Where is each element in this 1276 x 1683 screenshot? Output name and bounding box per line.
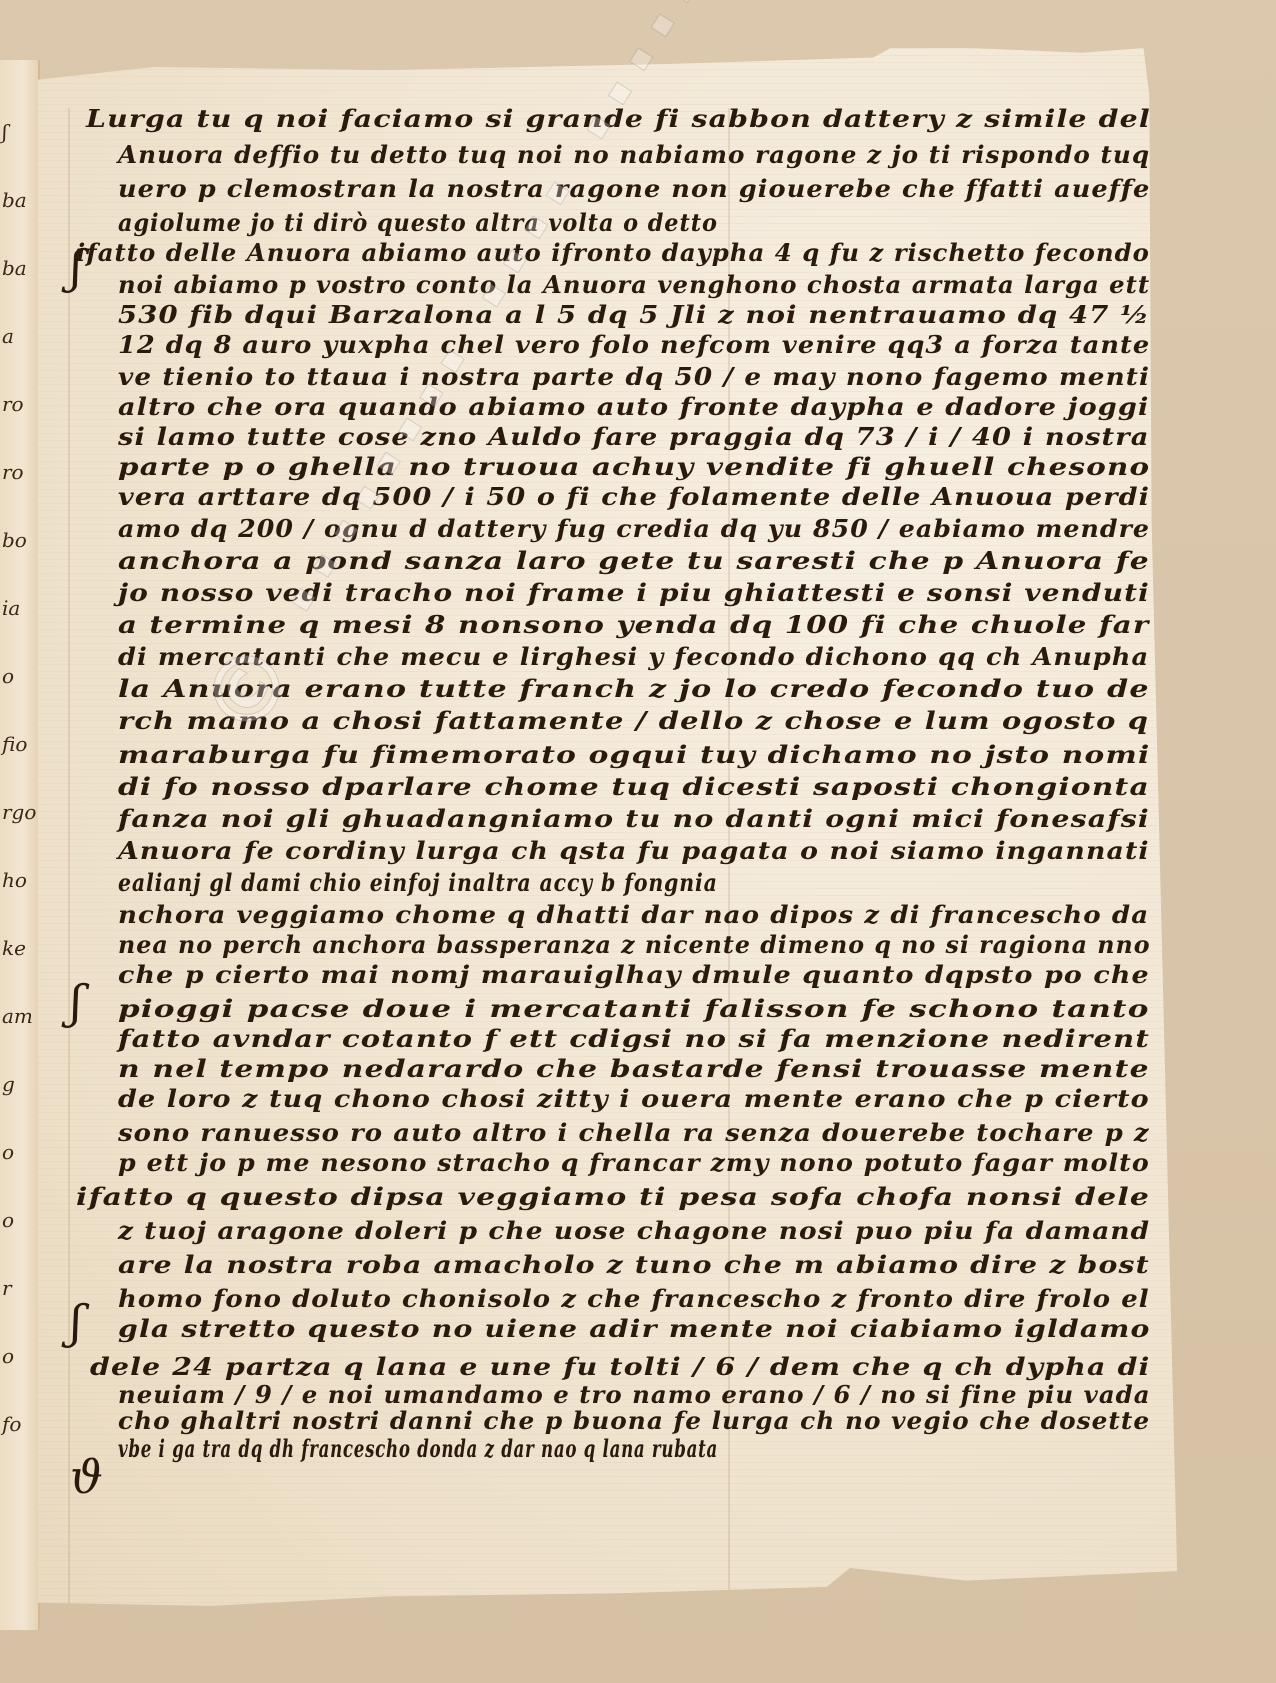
left-page-text-fragment: ʃ bbox=[2, 120, 7, 144]
left-page-text-fragment: fio bbox=[2, 732, 27, 756]
manuscript-line: anchora a pond sanza laro gete tu sarest… bbox=[118, 546, 1150, 575]
manuscript-line: amo dq 200 / ognu d dattery fug credia d… bbox=[118, 514, 1150, 543]
left-page-text-fragment: rgo bbox=[2, 800, 36, 824]
margin-paragraph-mark: ʃ bbox=[70, 1295, 83, 1349]
left-page-text-fragment: ba bbox=[2, 188, 27, 212]
left-page-text-fragment: bo bbox=[2, 528, 27, 552]
manuscript-line: fanza noi gli ghuadangniamo tu no danti … bbox=[118, 804, 1150, 833]
manuscript-line: fatto avndar cotanto f ett cdigsi no si … bbox=[118, 1024, 1150, 1053]
manuscript-line: vbe i ga tra dq dh francescho donda z da… bbox=[118, 1434, 718, 1463]
manuscript-line: nchora veggiamo chome q dhatti dar nao d… bbox=[118, 900, 1149, 929]
margin-paragraph-mark: ʃ bbox=[70, 975, 83, 1029]
manuscript-line: uero p clemostran la nostra ragone non g… bbox=[118, 174, 1150, 203]
manuscript-line: ifatto delle Anuora abiamo auto ifronto … bbox=[76, 238, 1150, 267]
left-page-text-fragment: fo bbox=[2, 1412, 21, 1436]
manuscript-line: ealianj gl dami chio einfoj inaltra accy… bbox=[118, 868, 718, 897]
left-page-text-fragment: o bbox=[2, 1344, 14, 1368]
manuscript-line: noi abiamo p vostro conto la Anuora veng… bbox=[118, 270, 1150, 299]
margin-paragraph-mark: ʃ bbox=[70, 240, 83, 294]
manuscript-line: Anuora deffio tu detto tuq noi no nabiam… bbox=[118, 140, 1150, 169]
manuscript-line: de loro z tuq chono chosi zitty i ouera … bbox=[118, 1084, 1150, 1113]
manuscript-line: Anuora fe cordiny lurga ch qsta fu pagat… bbox=[118, 836, 1150, 865]
manuscript-line: 12 dq 8 auro yuxpha chel vero folo nefco… bbox=[118, 330, 1150, 359]
manuscript-line: a termine q mesi 8 nonsono yenda dq 100 … bbox=[118, 610, 1149, 639]
manuscript-line: pioggi pacse doue i mercatanti falisson … bbox=[118, 994, 1150, 1023]
manuscript-line: sono ranuesso ro auto altro i chella ra … bbox=[118, 1118, 1150, 1147]
manuscript-line: nea no perch anchora bassperanza z nicen… bbox=[118, 930, 1151, 959]
left-page-edge: ʃbabaaroroboiaofiorgohokeamgoorofo bbox=[0, 60, 40, 1630]
fold-line bbox=[68, 108, 70, 1668]
manuscript-line: la Anuora erano tutte franch z jo lo cre… bbox=[118, 674, 1150, 703]
manuscript-line: ifatto q questo dipsa veggiamo ti pesa s… bbox=[76, 1182, 1150, 1211]
left-page-text-fragment: ho bbox=[2, 868, 27, 892]
manuscript-line: neuiam / 9 / e noi umandamo e tro namo e… bbox=[118, 1380, 1151, 1409]
manuscript-line: n nel tempo nedarardo che bastarde fensi… bbox=[118, 1054, 1150, 1083]
manuscript-line: si lamo tutte cose zno Auldo fare praggi… bbox=[118, 422, 1150, 451]
manuscript-line: altro che ora quando abiamo auto fronte … bbox=[118, 392, 1149, 421]
left-page-text-fragment: r bbox=[2, 1276, 12, 1300]
manuscript-line: rch mamo a chosi fattamente / dello z ch… bbox=[118, 706, 1149, 735]
left-page-text-fragment: ro bbox=[2, 460, 24, 484]
manuscript-line: dele 24 partza q lana e une fu tolti / 6… bbox=[90, 1352, 1150, 1381]
left-page-text-fragment: g bbox=[2, 1072, 15, 1096]
manuscript-line: vera arttare dq 500 / i 50 o fi che fola… bbox=[118, 482, 1150, 511]
left-page-text-fragment: o bbox=[2, 1208, 14, 1232]
manuscript-line: parte p o ghella no truoua achuy vendite… bbox=[118, 452, 1150, 481]
manuscript-line: Lurga tu q noi faciamo si grande fi sabb… bbox=[86, 104, 1151, 133]
manuscript-line: z tuoj aragone doleri p che uose chagone… bbox=[118, 1216, 1150, 1245]
manuscript-line: di mercatanti che mecu e lirghesi y feco… bbox=[118, 642, 1149, 671]
manuscript-line: are la nostra roba amacholo z tuno che m… bbox=[118, 1250, 1150, 1279]
left-page-text-fragment: am bbox=[2, 1004, 33, 1028]
left-page-text-fragment: ke bbox=[2, 936, 26, 960]
manuscript-line: cho ghaltri nostri danni che p buona fe … bbox=[118, 1406, 1150, 1435]
left-page-text-fragment: a bbox=[2, 324, 14, 348]
manuscript-line: gla stretto questo no uiene adir mente n… bbox=[118, 1314, 1150, 1343]
left-page-text-fragment: ba bbox=[2, 256, 27, 280]
manuscript-line: ve tienio to ttaua i nostra parte dq 50 … bbox=[118, 362, 1150, 391]
manuscript-line: che p cierto mai nomj marauiglhay dmule … bbox=[118, 960, 1150, 989]
manuscript-line: p ett jo p me nesono stracho q francar z… bbox=[118, 1148, 1150, 1177]
left-page-text-fragment: o bbox=[2, 1140, 14, 1164]
manuscript-line: di fo nosso dparlare chome tuq dicesti s… bbox=[118, 772, 1150, 801]
left-page-text-fragment: ro bbox=[2, 392, 24, 416]
manuscript-line: maraburga fu fimemorato ogqui tuy dicham… bbox=[118, 740, 1150, 769]
left-page-text-fragment: o bbox=[2, 664, 14, 688]
manuscript-line: 530 fib dqui Barzalona a l 5 dq 5 Jli z … bbox=[118, 300, 1150, 329]
margin-paragraph-mark: ϑ bbox=[70, 1450, 103, 1504]
manuscript-line: jo nosso vedi tracho noi frame i piu ghi… bbox=[118, 578, 1150, 607]
left-page-text-fragment: ia bbox=[2, 596, 20, 620]
manuscript-line: agiolume jo ti dirò questo altra volta o… bbox=[118, 208, 718, 237]
manuscript-line: homo fono doluto chonisolo z che frances… bbox=[118, 1284, 1150, 1313]
